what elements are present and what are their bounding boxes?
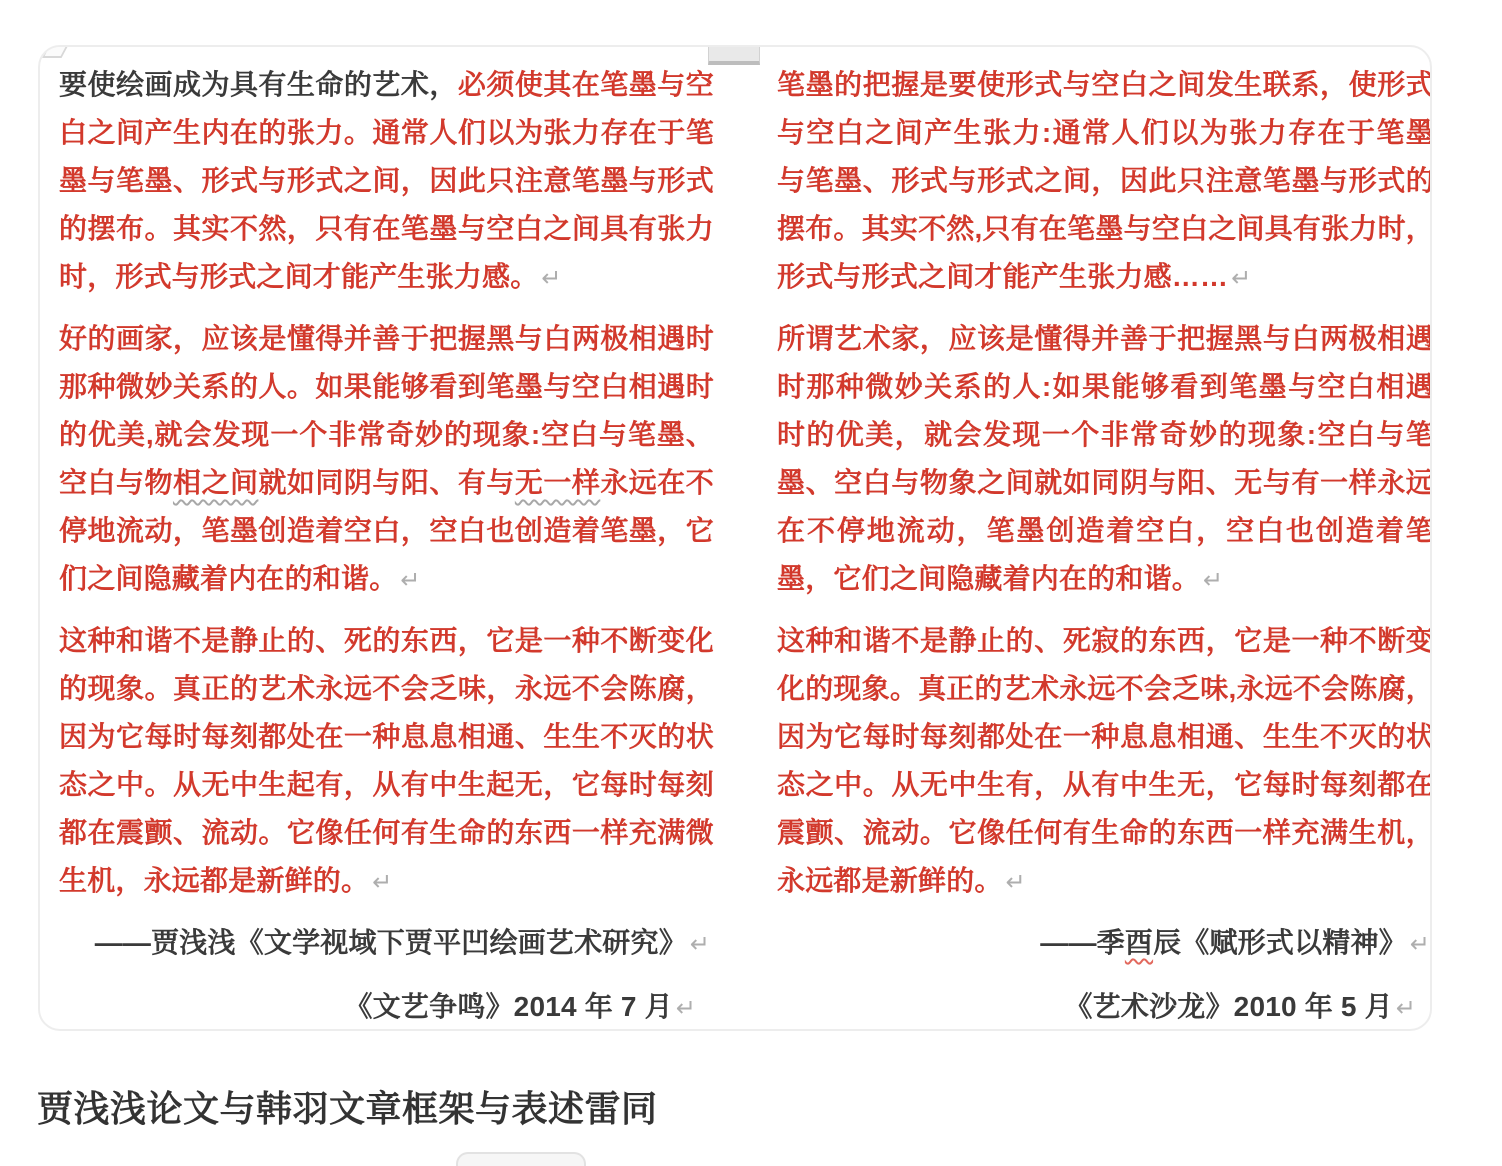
textbox-handle-artifact <box>708 45 760 65</box>
comparison-card: 要使绘画成为具有生命的艺术，必须使其在笔墨与空白之间产生内在的张力。通常人们以为… <box>38 45 1432 1031</box>
paragraph: 这种和谐不是静止的、死寂的东西，它是一种不断变化的现象。真正的艺术永远不会乏味,… <box>777 617 1432 907</box>
column-jia-qianqian-text: 要使绘画成为具有生命的艺术，必须使其在笔墨与空白之间产生内在的张力。通常人们以为… <box>59 61 714 1031</box>
text-segment: 《艺术沙龙》2010 年 5 月 <box>1064 991 1392 1022</box>
text-segment: 酉 <box>1125 927 1153 958</box>
image-caption: 贾浅浅论文与韩羽文章框架与表述雷同 <box>37 1086 1457 1132</box>
paragraph-return-icon: ↵ <box>372 869 392 896</box>
text-segment: ——贾浅浅《文学视域下贾平凹绘画艺术研究》 <box>95 927 687 958</box>
paragraph-return-icon: ↵ <box>690 931 710 958</box>
text-segment: 要使绘画成为具有生命的艺术， <box>59 69 458 100</box>
paragraph-return-icon: ↵ <box>541 265 561 292</box>
paragraph: 好的画家，应该是懂得并善于把握黑与白两极相遇时那种微妙关系的人。如果能够看到笔墨… <box>59 315 714 605</box>
paragraph: 所谓艺术家，应该是懂得并善于把握黑与白两极相遇时那种微妙关系的人:如果能够看到笔… <box>777 315 1432 605</box>
paragraph-return-icon: ↵ <box>676 995 696 1022</box>
paragraph-return-icon: ↵ <box>400 567 420 594</box>
text-segment: 就如同阴与阳、有与 <box>258 467 514 498</box>
paragraph: 这种和谐不是静止的、死的东西，它是一种不断变化的现象。真正的艺术永远不会乏味，永… <box>59 617 714 907</box>
paragraph-return-icon: ↵ <box>1410 931 1430 958</box>
text-segment: ——季 <box>1040 927 1125 958</box>
source-line: 《艺术沙龙》2010 年 5 月↵ <box>777 983 1432 1031</box>
text-segment: 无一样 <box>515 467 600 498</box>
paragraph-return-icon: ↵ <box>1006 869 1026 896</box>
text-segment: 辰《赋形式以精神》 <box>1153 927 1407 958</box>
paragraph-return-icon: ↵ <box>1231 265 1251 292</box>
text-segment: 相之间 <box>173 467 258 498</box>
attribution-line: ——贾浅浅《文学视域下贾平凹绘画艺术研究》↵ <box>59 919 710 969</box>
text-segment: 所谓艺术家，应该是懂得并善于把握黑与白两极相遇时那种微妙关系的人:如果能够看到笔… <box>777 323 1432 594</box>
expand-button-partial[interactable] <box>456 1152 586 1166</box>
paragraph-return-icon: ↵ <box>1203 567 1223 594</box>
attribution-line: ——季酉辰《赋形式以精神》↵ <box>777 919 1430 969</box>
text-segment: 这种和谐不是静止的、死的东西，它是一种不断变化的现象。真正的艺术永远不会乏味，永… <box>59 625 714 896</box>
paragraph: 要使绘画成为具有生命的艺术，必须使其在笔墨与空白之间产生内在的张力。通常人们以为… <box>59 61 714 303</box>
text-segment: 必须使其在笔墨与空白之间产生内在的张力。通常人们以为张力存在于笔墨与笔墨、形式与… <box>59 69 714 292</box>
text-segment: 《文艺争鸣》2014 年 7 月 <box>344 991 672 1022</box>
two-column-layout: 要使绘画成为具有生命的艺术，必须使其在笔墨与空白之间产生内在的张力。通常人们以为… <box>40 47 1430 1031</box>
paragraph: 笔墨的把握是要使形式与空白之间发生联系，使形式与空白之间产生张力:通常人们以为张… <box>777 61 1432 303</box>
paragraph-return-icon: ↵ <box>1396 995 1416 1022</box>
source-line: 《文艺争鸣》2014 年 7 月↵ <box>59 983 714 1031</box>
column-ji-youchen-text: 笔墨的把握是要使形式与空白之间发生联系，使形式与空白之间产生张力:通常人们以为张… <box>777 61 1432 1031</box>
page: { "caption": { "text": "贾浅浅论文与韩羽文章框架与表述雷… <box>0 0 1502 1166</box>
text-segment: 这种和谐不是静止的、死寂的东西，它是一种不断变化的现象。真正的艺术永远不会乏味,… <box>777 625 1432 896</box>
text-segment: 笔墨的把握是要使形式与空白之间发生联系，使形式与空白之间产生张力:通常人们以为张… <box>777 69 1432 292</box>
